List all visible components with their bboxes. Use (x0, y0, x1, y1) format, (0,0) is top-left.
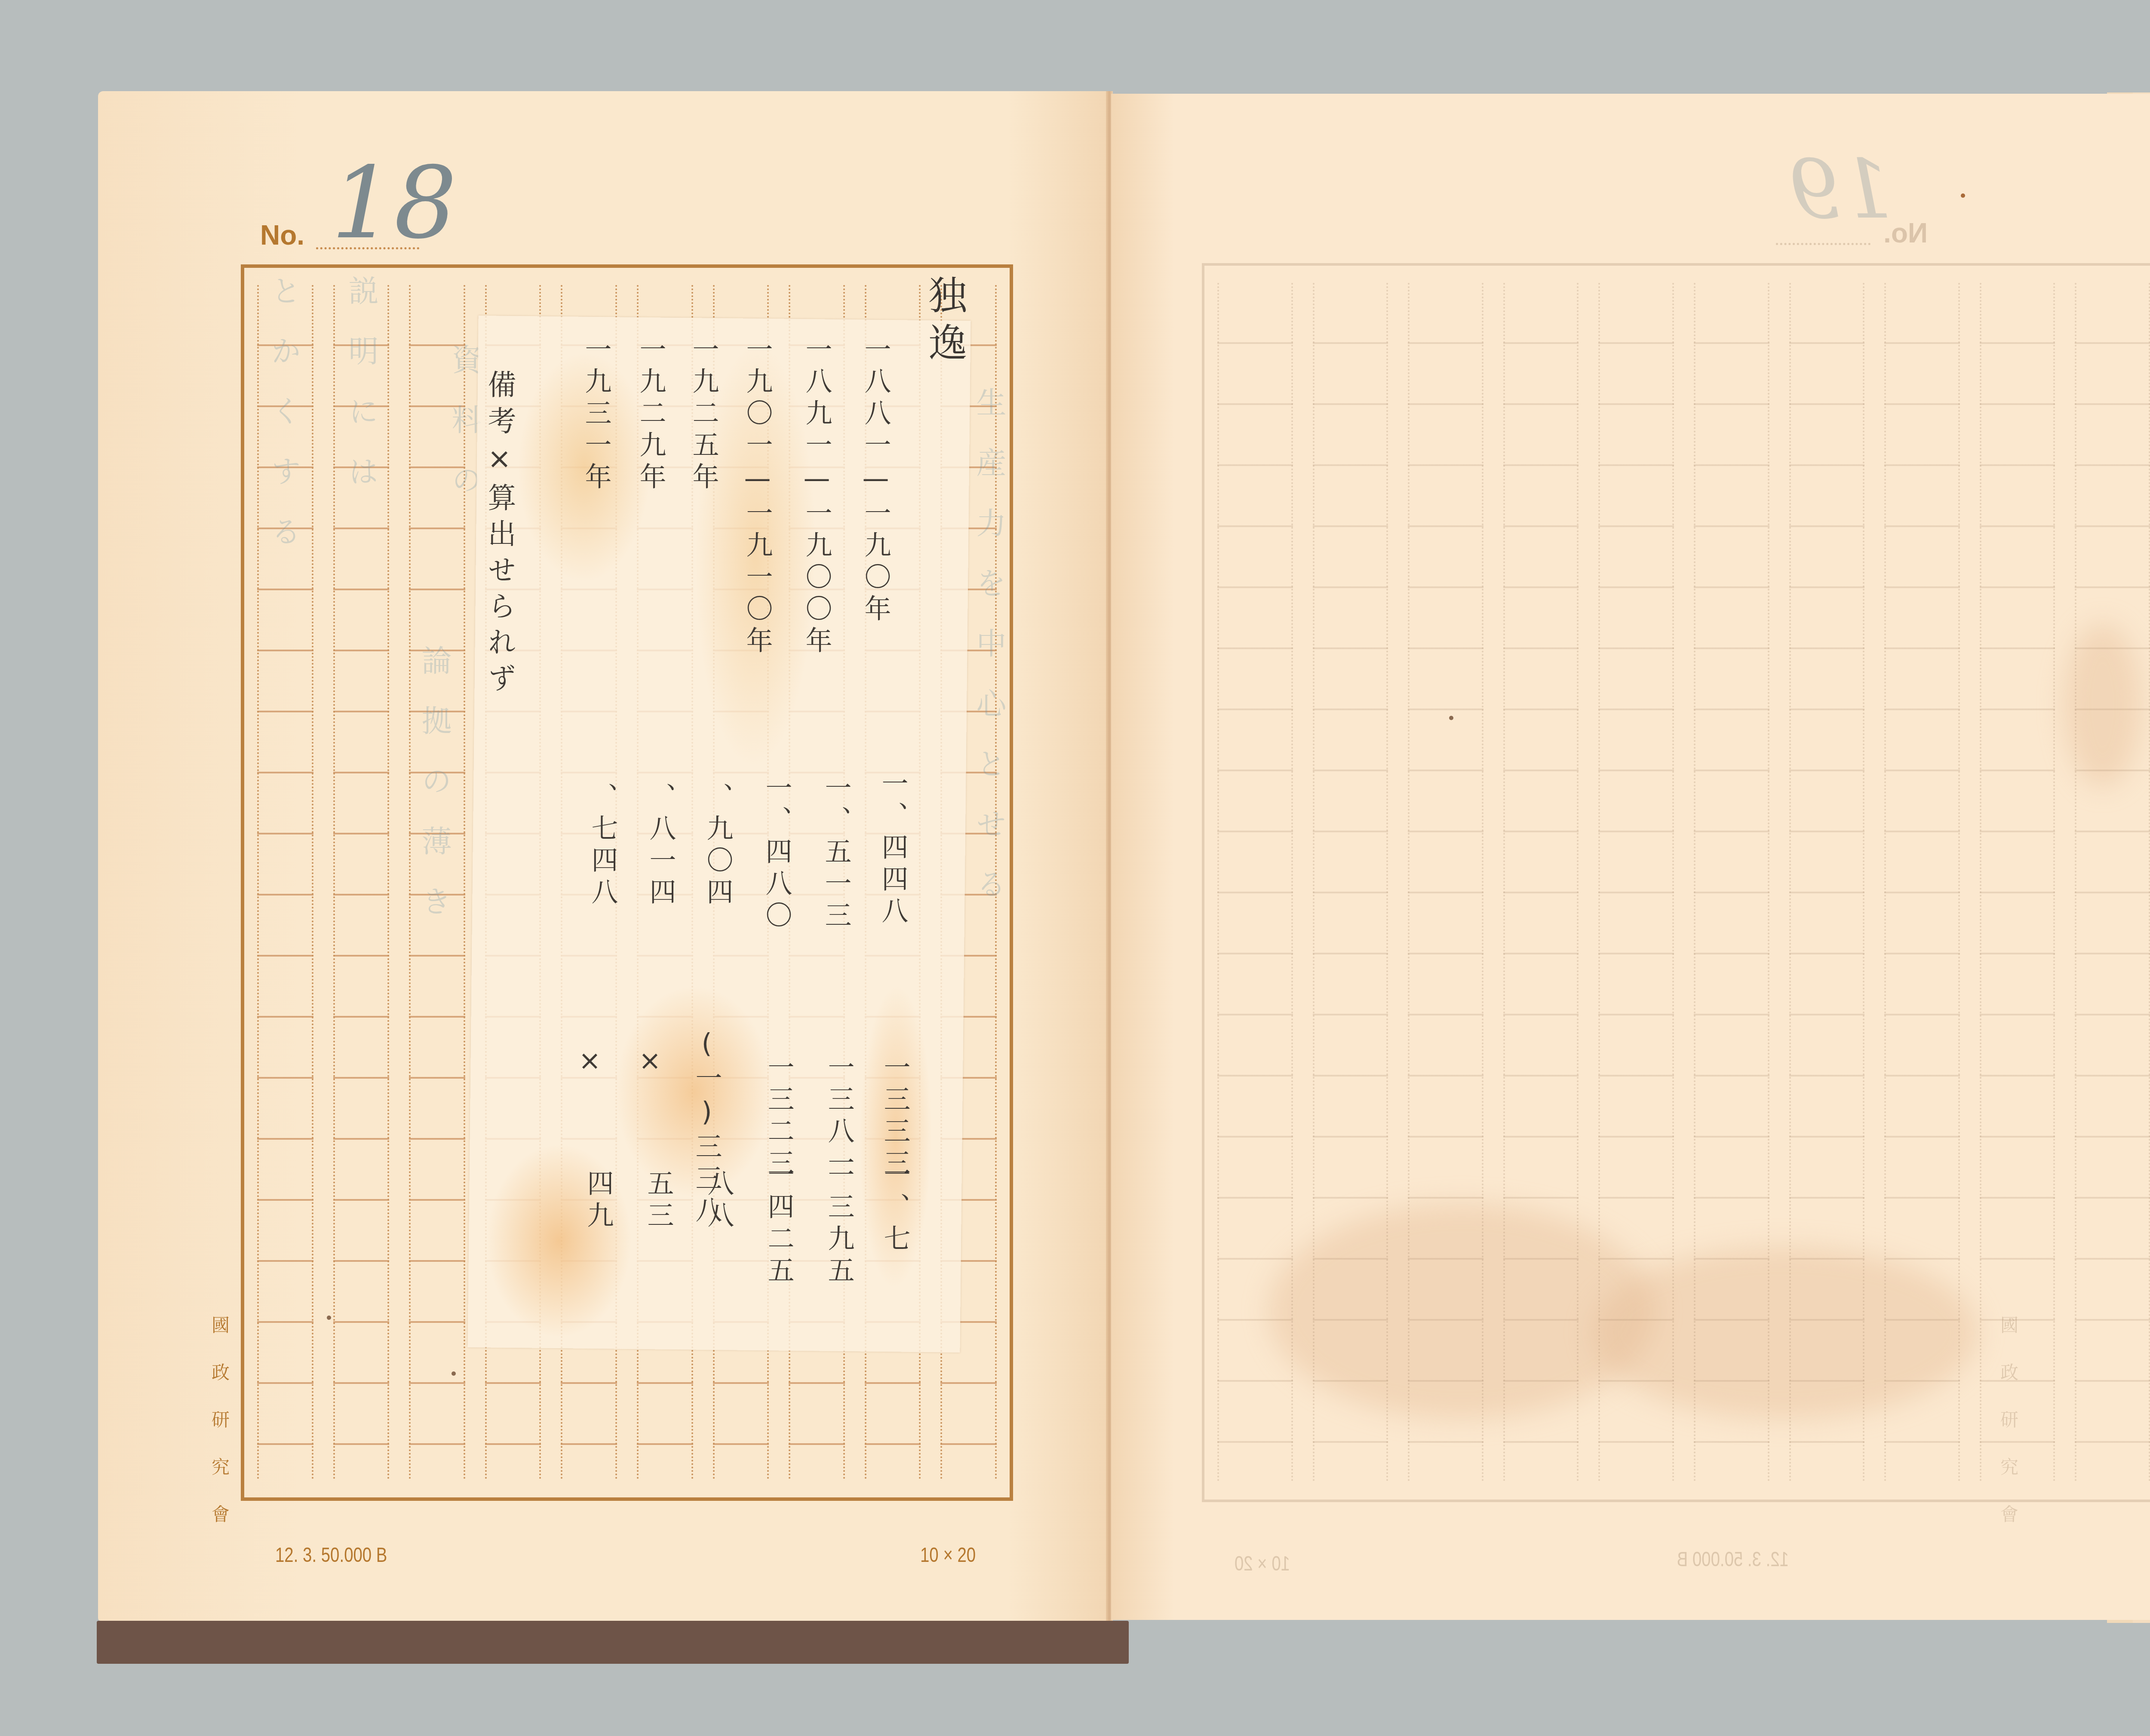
table-cell-value: 一、五一三 (823, 774, 849, 933)
grid-size-label-mirrored: 10 × 20 (1235, 1552, 1290, 1576)
showthrough-text: 生産力を中心とせる (967, 387, 1011, 929)
table-cell-value: 八八 (705, 1169, 732, 1233)
slip-remark: 備考×算出せられず (485, 370, 513, 699)
handwritten-page-number: 18 (331, 146, 457, 261)
table-cell-period: 一九〇一—一九一〇年 (744, 335, 771, 658)
table-cell-value: 一、七 (881, 1161, 908, 1256)
ink-speck (1449, 716, 1453, 720)
table-cell-value: 、八一四 (647, 782, 674, 910)
table-cell-period: 一八八一—一九〇年 (862, 335, 889, 626)
table-cell-value: 、九〇四 (704, 782, 731, 910)
table-cell-value: 一四二五 (765, 1161, 792, 1288)
table-cell-period: 一九三一年 (583, 335, 609, 494)
grid-size-label: 10 × 20 (920, 1543, 976, 1567)
table-cell-value: 、七四八 (589, 782, 616, 910)
table-cell-period: 一九二九年 (637, 335, 664, 494)
grid-column (1980, 283, 2055, 1482)
table-cell-period: 一九二五年 (690, 335, 717, 494)
grid-column (1503, 283, 1579, 1482)
table-cell-value: × (636, 1045, 663, 1081)
handwritten-page-number-mirrored: 19 (1789, 142, 1893, 237)
table-cell-value: 一、四四八 (879, 770, 906, 929)
ink-speck (1961, 193, 1965, 198)
ink-speck (327, 1316, 331, 1320)
book-cover-edge (97, 1621, 1129, 1664)
table-cell-value: 四九 (585, 1169, 611, 1233)
grid-column (1884, 283, 1960, 1482)
grid-column (2075, 283, 2150, 1482)
grid-column (1408, 283, 1483, 1482)
print-code-mirrored: 12. 3. 50.000 B (1677, 1548, 1789, 1571)
showthrough-text: 説明には (340, 275, 383, 516)
table-cell-value: 一、四八〇 (763, 774, 790, 933)
publisher-mark: 國政研究會 (206, 1316, 232, 1552)
showthrough-text: 論拠の薄き (413, 645, 456, 946)
manuscript-grid (1217, 283, 2150, 1482)
grid-column (1217, 283, 1293, 1482)
grid-column (1313, 283, 1388, 1482)
grid-column (1789, 283, 1865, 1482)
table-cell-value: 五三 (645, 1169, 672, 1233)
grid-column (1694, 283, 1769, 1482)
page-number-label: No. (260, 219, 304, 251)
table-cell-value: 一三九五 (826, 1161, 852, 1288)
table-cell-value: × (576, 1045, 603, 1081)
ink-speck (451, 1371, 456, 1376)
page-number-line-mirrored (1776, 243, 1870, 245)
publisher-mark-mirrored: 國政研究會 (1995, 1316, 2021, 1552)
print-code: 12. 3. 50.000 B (275, 1543, 387, 1567)
slip-heading: 独逸 (916, 275, 972, 370)
table-cell-period: 一八九一—一九〇〇年 (803, 335, 830, 658)
showthrough-text: とかくする (262, 275, 306, 576)
grid-column (1598, 283, 1674, 1482)
